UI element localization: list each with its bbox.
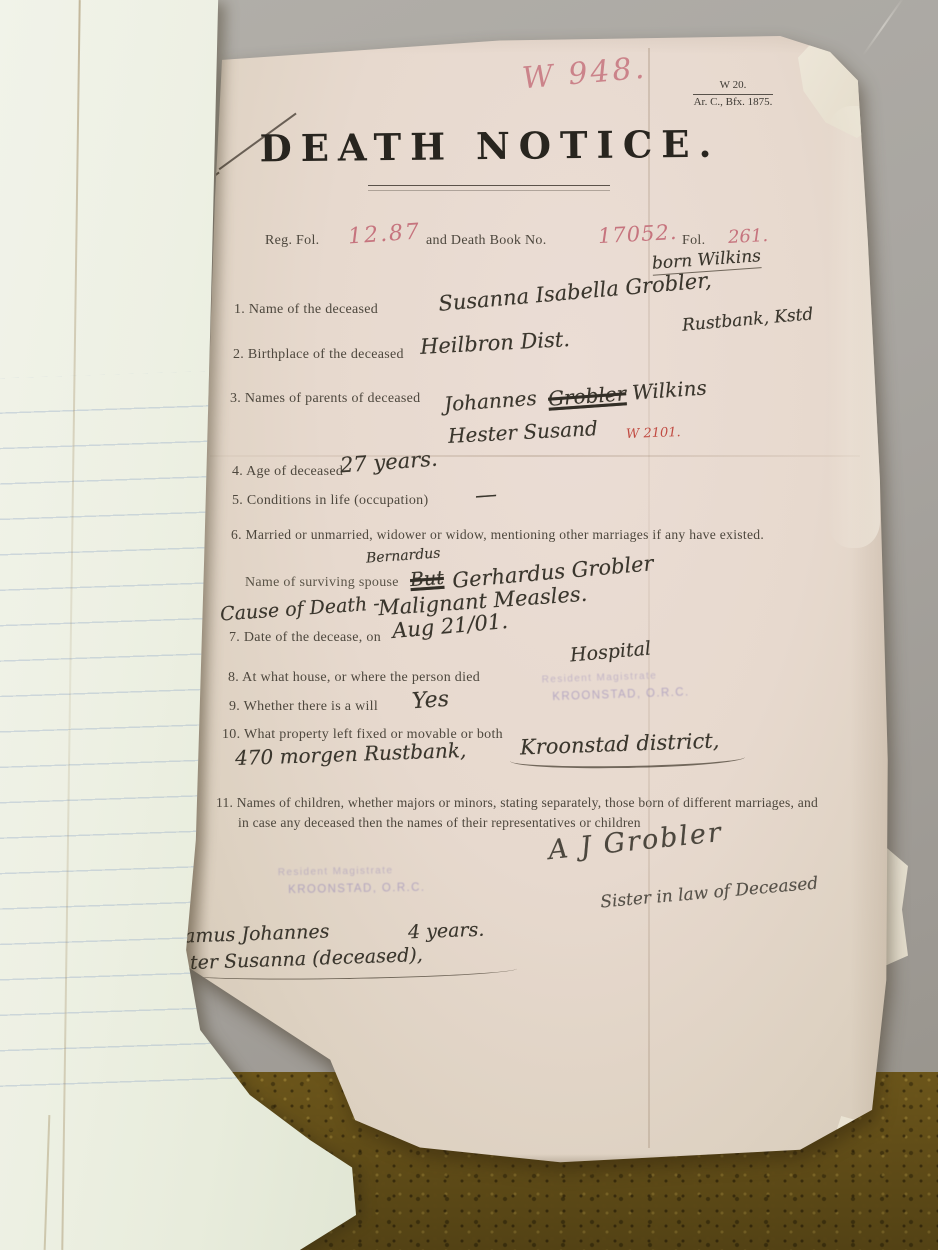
photo-canvas: W 948. W 20. Ar. C., Bfx. 1875. DEATH NO… [0, 0, 938, 1250]
father-first-name: Johannes [443, 386, 537, 416]
signature-capacity: Sister in law of Deceased [600, 874, 819, 913]
left-page-seam [44, 1115, 51, 1250]
bottom-right-fray [836, 1116, 888, 1170]
field-5-value: — [474, 482, 498, 508]
ruled-lines [0, 365, 412, 1094]
field-1-value2: Rustbank, Kstd [681, 304, 814, 335]
field-1-value: Susanna Isabella Grobler, [437, 268, 712, 316]
ledger-left-page [0, 0, 360, 1250]
mother-name: Hester Susand [447, 416, 598, 448]
field-2-value: Heilbron Dist. [419, 327, 570, 359]
ledger-left-page-wrap [0, 0, 360, 1250]
fol-label: Fol. [682, 233, 705, 249]
red-reference-number: W 2101. [626, 425, 681, 442]
fol-value: 261. [727, 225, 768, 248]
form-vertical-crease [648, 48, 650, 1148]
spouse-inserted-name: Bernardus [366, 545, 441, 566]
death-book-label: and Death Book No. [426, 233, 547, 249]
death-book-value: 17052. [597, 220, 678, 248]
right-edge-wear [828, 106, 880, 548]
father-surname-struck: Grobler [547, 381, 627, 410]
form-code-line2: Ar. C., Bfx. 1875. [693, 95, 773, 111]
field-9-value: Yes [411, 687, 450, 715]
title-rule [368, 185, 610, 191]
form-code-box: W 20. Ar. C., Bfx. 1875. [693, 78, 773, 111]
spouse-struck-word: But [409, 567, 444, 591]
field-8-value: Hospital [569, 638, 652, 667]
ref-number-handwritten: W 948. [521, 51, 649, 97]
father-surname: Wilkins [631, 375, 707, 404]
kroonstad-stamp-1: Resident Magistrate KROONSTAD, O.R.C. [541, 667, 689, 707]
children-note-line1-age: 4 years. [408, 919, 485, 944]
form-code-line1: W 20. [693, 78, 773, 95]
